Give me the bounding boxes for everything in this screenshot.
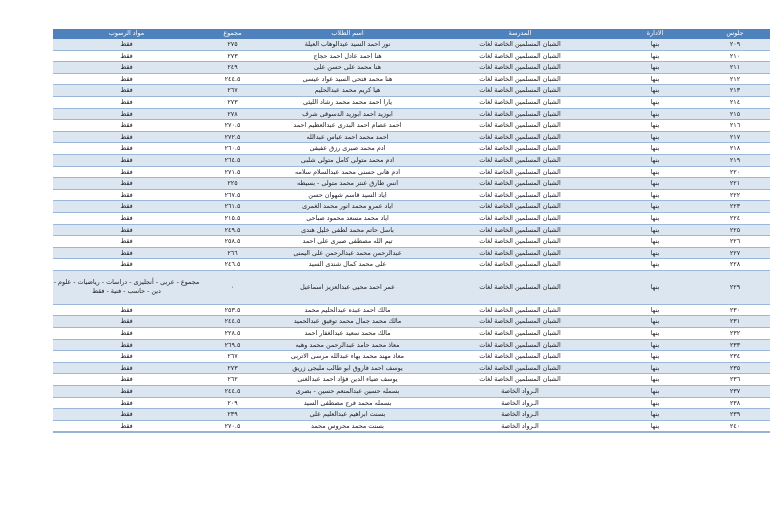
table-row: ٢١٥بنهاالشبان المسلمين الخاصة لغاتابوزيد… — [53, 108, 770, 120]
total-cell: ٢٧٣ — [200, 362, 265, 374]
admin-cell: بنها — [610, 120, 700, 132]
seat-cell: ٢١٥ — [700, 108, 770, 120]
school-cell: الشبان المسلمين الخاصة لغات — [430, 166, 610, 178]
student-name-cell: بسمله محمد فرج مصطفى السيد — [265, 397, 430, 409]
seat-cell: ٢٣٩ — [700, 409, 770, 421]
admin-cell: بنها — [610, 386, 700, 398]
failed-subjects-cell: فقط — [53, 362, 200, 374]
admin-cell: بنها — [610, 374, 700, 386]
total-cell: ٢٦٧ — [200, 85, 265, 97]
table-row: ٢١٣بنهاالشبان المسلمين الخاصة لغاتهيا كر… — [53, 85, 770, 97]
school-cell: الشبان المسلمين الخاصة لغات — [430, 62, 610, 74]
school-cell: الشبان المسلمين الخاصة لغات — [430, 143, 610, 155]
student-name-cell: ادم محمد صبرى رزق عفيفى — [265, 143, 430, 155]
school-cell: الـرواد الخاصة — [430, 409, 610, 421]
school-cell: الـرواد الخاصة — [430, 397, 610, 409]
failed-subjects-cell: فقط — [53, 85, 200, 97]
header-admin: الادارة — [610, 29, 700, 39]
failed-subjects-cell: فقط — [53, 316, 200, 328]
student-name-cell: اياد السيد قاسم شهوان حسن — [265, 189, 430, 201]
total-cell: ٢٤٩ — [200, 62, 265, 74]
total-cell: ٢٧٣ — [200, 96, 265, 108]
table-row: ٢٣٧بنهاالـرواد الخاصةبسمله حسين عبدالمنع… — [53, 386, 770, 398]
total-cell: ٢٧٢.٥ — [200, 131, 265, 143]
table-row: ٢٠٩بنهاالشبان المسلمين الخاصة لغاتنور اح… — [53, 39, 770, 51]
student-name-cell: ادم هانى حسنى محمد عبدالسلام سلامه — [265, 166, 430, 178]
student-name-cell: يوسف احمد فاروق ابو طالب مليجى زريق — [265, 362, 430, 374]
table-row: ٢٢٠بنهاالشبان المسلمين الخاصة لغاتادم ها… — [53, 166, 770, 178]
header-total: مجموع — [200, 29, 265, 39]
seat-cell: ٢١٠ — [700, 50, 770, 62]
table-row: ٢٢٤بنهاالشبان المسلمين الخاصة لغاتاياد م… — [53, 212, 770, 224]
admin-cell: بنها — [610, 236, 700, 248]
school-cell: الشبان المسلمين الخاصة لغات — [430, 178, 610, 190]
seat-cell: ٢٠٩ — [700, 39, 770, 51]
failed-subjects-cell: فقط — [53, 374, 200, 386]
school-cell: الشبان المسلمين الخاصة لغات — [430, 108, 610, 120]
failed-subjects-cell: فقط — [53, 212, 200, 224]
results-sheet: جلوس الادارة المدرسة اسم الطلاب مجموع مو… — [53, 29, 770, 433]
failed-subjects-cell: فقط — [53, 201, 200, 213]
student-name-cell: عبدالرحمن محمد عبدالرحمن على اليمنى — [265, 247, 430, 259]
failed-subjects-cell: فقط — [53, 120, 200, 132]
header-name: اسم الطلاب — [265, 29, 430, 39]
seat-cell: ٢١٧ — [700, 131, 770, 143]
school-cell: الشبان المسلمين الخاصة لغات — [430, 328, 610, 340]
student-name-cell: نور احمد السيد عبدالوهاب العيلة — [265, 39, 430, 51]
total-cell: ٢٦٠.٥ — [200, 143, 265, 155]
school-cell: الشبان المسلمين الخاصة لغات — [430, 131, 610, 143]
seat-cell: ٢٣٨ — [700, 397, 770, 409]
admin-cell: بنها — [610, 247, 700, 259]
admin-cell: بنها — [610, 397, 700, 409]
student-name-cell: بسنت ابراهيم عبدالعليم على — [265, 409, 430, 421]
school-cell: الشبان المسلمين الخاصة لغات — [430, 339, 610, 351]
school-cell: الشبان المسلمين الخاصة لغات — [430, 154, 610, 166]
seat-cell: ٢٤٠ — [700, 420, 770, 432]
seat-cell: ٢١٨ — [700, 143, 770, 155]
table-row: ٢١١بنهاالشبان المسلمين الخاصة لغاتهنا مح… — [53, 62, 770, 74]
school-cell: الشبان المسلمين الخاصة لغات — [430, 362, 610, 374]
failed-subjects-cell: فقط — [53, 236, 200, 248]
table-row: ٢٤٠بنهاالـرواد الخاصةبسنت محمد محروس محم… — [53, 420, 770, 432]
admin-cell: بنها — [610, 201, 700, 213]
student-name-cell: مالك احمد عبده عبدالحليم محمد — [265, 304, 430, 316]
table-row: ٢٣٢بنهاالشبان المسلمين الخاصة لغاتمالك م… — [53, 328, 770, 340]
failed-subjects-cell: مجموع - عربى - أنجليزى - دراسات - رياضيا… — [53, 270, 200, 304]
student-name-cell: احمد عصام احمد البدرى عبدالعظيم احمد — [265, 120, 430, 132]
failed-subjects-cell: فقط — [53, 143, 200, 155]
admin-cell: بنها — [610, 178, 700, 190]
seat-cell: ٢٣٠ — [700, 304, 770, 316]
failed-subjects-cell: فقط — [53, 189, 200, 201]
table-row: ٢٢١بنهاالشبان المسلمين الخاصة لغاتانس طا… — [53, 178, 770, 190]
failed-subjects-cell: فقط — [53, 386, 200, 398]
table-row: ٢٢٩بنهاالشبان المسلمين الخاصة لغاتعمر اح… — [53, 270, 770, 304]
seat-cell: ٢١٣ — [700, 85, 770, 97]
seat-cell: ٢٣١ — [700, 316, 770, 328]
table-row: ٢٣٤بنهاالشبان المسلمين الخاصة لغاتمعاذ م… — [53, 351, 770, 363]
school-cell: الشبان المسلمين الخاصة لغات — [430, 304, 610, 316]
total-cell: ٢٤٩.٥ — [200, 224, 265, 236]
school-cell: الـرواد الخاصة — [430, 386, 610, 398]
failed-subjects-cell: فقط — [53, 409, 200, 421]
admin-cell: بنها — [610, 339, 700, 351]
seat-cell: ٢٢٥ — [700, 224, 770, 236]
table-row: ٢٣٣بنهاالشبان المسلمين الخاصة لغاتمعاذ م… — [53, 339, 770, 351]
admin-cell: بنها — [610, 50, 700, 62]
table-row: ٢٢٧بنهاالشبان المسلمين الخاصة لغاتعبدالر… — [53, 247, 770, 259]
student-name-cell: معاذ محمد حامد عبدالرحمن محمد وهبه — [265, 339, 430, 351]
failed-subjects-cell: فقط — [53, 397, 200, 409]
failed-subjects-cell: فقط — [53, 108, 200, 120]
failed-subjects-cell: فقط — [53, 154, 200, 166]
seat-cell: ٢٢١ — [700, 178, 770, 190]
total-cell: ٢٢٨.٥ — [200, 328, 265, 340]
total-cell: ٢٧٣ — [200, 50, 265, 62]
table-body: ٢٠٩بنهاالشبان المسلمين الخاصة لغاتنور اح… — [53, 39, 770, 433]
admin-cell: بنها — [610, 224, 700, 236]
total-cell: ٢٣٩ — [200, 409, 265, 421]
table-row: ٢٣٥بنهاالشبان المسلمين الخاصة لغاتيوسف ا… — [53, 362, 770, 374]
table-row: ٢١٨بنهاالشبان المسلمين الخاصة لغاتادم مح… — [53, 143, 770, 155]
total-cell: ٢٤٦.٥ — [200, 259, 265, 271]
admin-cell: بنها — [610, 409, 700, 421]
admin-cell: بنها — [610, 316, 700, 328]
total-cell: ٢٦١.٥ — [200, 201, 265, 213]
seat-cell: ٢٢٢ — [700, 189, 770, 201]
student-name-cell: يارا احمد محمد محمد رشاد الليثى — [265, 96, 430, 108]
total-cell: ٢٤٤.٥ — [200, 316, 265, 328]
failed-subjects-cell: فقط — [53, 96, 200, 108]
table-row: ٢١٤بنهاالشبان المسلمين الخاصة لغاتيارا ا… — [53, 96, 770, 108]
total-cell: ٢٤٤.٥ — [200, 386, 265, 398]
table-row: ٢٣٠بنهاالشبان المسلمين الخاصة لغاتمالك ا… — [53, 304, 770, 316]
seat-cell: ٢٢٤ — [700, 212, 770, 224]
total-cell: ٢٧٠.٥ — [200, 120, 265, 132]
seat-cell: ٢٣٢ — [700, 328, 770, 340]
results-table: جلوس الادارة المدرسة اسم الطلاب مجموع مو… — [53, 29, 770, 433]
total-cell: ٢٠٩ — [200, 397, 265, 409]
total-cell: ٢٦٩.٥ — [200, 339, 265, 351]
school-cell: الشبان المسلمين الخاصة لغات — [430, 236, 610, 248]
table-row: ٢٣٨بنهاالـرواد الخاصةبسمله محمد فرج مصطف… — [53, 397, 770, 409]
total-cell: ٢٦٤.٥ — [200, 154, 265, 166]
school-cell: الـرواد الخاصة — [430, 420, 610, 432]
admin-cell: بنها — [610, 351, 700, 363]
seat-cell: ٢١٦ — [700, 120, 770, 132]
admin-cell: بنها — [610, 85, 700, 97]
total-cell: ٢٦٧.٥ — [200, 189, 265, 201]
student-name-cell: باسل حاتم محمد لطفى خليل هندى — [265, 224, 430, 236]
total-cell: ٢٥٨.٥ — [200, 236, 265, 248]
table-row: ٢٣٦بنهاالشبان المسلمين الخاصة لغاتيوسف ض… — [53, 374, 770, 386]
student-name-cell: هيا كريم محمد عبدالحليم — [265, 85, 430, 97]
seat-cell: ٢٢٠ — [700, 166, 770, 178]
header-failed-subjects: مواد الرسوب — [53, 29, 200, 39]
admin-cell: بنها — [610, 420, 700, 432]
student-name-cell: يوسف ضياء الدين فؤاد احمد عبدالغنى — [265, 374, 430, 386]
seat-cell: ٢٢٧ — [700, 247, 770, 259]
school-cell: الشبان المسلمين الخاصة لغات — [430, 85, 610, 97]
student-name-cell: اياد محمد مسعد محمود صباحى — [265, 212, 430, 224]
failed-subjects-cell: فقط — [53, 39, 200, 51]
admin-cell: بنها — [610, 143, 700, 155]
table-row: ٢٢٢بنهاالشبان المسلمين الخاصة لغاتاياد ا… — [53, 189, 770, 201]
total-cell: ٢٧٥ — [200, 39, 265, 51]
seat-cell: ٢٢٩ — [700, 270, 770, 304]
table-header-row: جلوس الادارة المدرسة اسم الطلاب مجموع مو… — [53, 29, 770, 39]
school-cell: الشبان المسلمين الخاصة لغات — [430, 39, 610, 51]
seat-cell: ٢٢٨ — [700, 259, 770, 271]
total-cell: ٢٤٤.٥ — [200, 73, 265, 85]
student-name-cell: تيم الله مصطفى صبرى على احمد — [265, 236, 430, 248]
student-name-cell: ادم محمد متولى كامل متولى شلبى — [265, 154, 430, 166]
admin-cell: بنها — [610, 189, 700, 201]
total-cell: ٢٦٢ — [200, 374, 265, 386]
school-cell: الشبان المسلمين الخاصة لغات — [430, 96, 610, 108]
student-name-cell: معاذ مهند محمد بهاء عبدالله مرسى الاتربى — [265, 351, 430, 363]
seat-cell: ٢٢٣ — [700, 201, 770, 213]
failed-subjects-cell: فقط — [53, 259, 200, 271]
failed-subjects-cell: فقط — [53, 166, 200, 178]
table-row: ٢٣٩بنهاالـرواد الخاصةبسنت ابراهيم عبدالع… — [53, 409, 770, 421]
admin-cell: بنها — [610, 131, 700, 143]
student-name-cell: انس طارق عنتر محمد متولى - بسيطه — [265, 178, 430, 190]
student-name-cell: بسمله حسين عبدالمنعم حسين - بصرى — [265, 386, 430, 398]
failed-subjects-cell: فقط — [53, 50, 200, 62]
school-cell: الشبان المسلمين الخاصة لغات — [430, 351, 610, 363]
failed-subjects-cell: فقط — [53, 224, 200, 236]
total-cell: ٢٦٦ — [200, 247, 265, 259]
school-cell: الشبان المسلمين الخاصة لغات — [430, 201, 610, 213]
student-name-cell: مالك محمد سعيد عبدالغفار احمد — [265, 328, 430, 340]
table-row: ٢٢٥بنهاالشبان المسلمين الخاصة لغاتباسل ح… — [53, 224, 770, 236]
table-row: ٢١٧بنهاالشبان المسلمين الخاصة لغاتاحمد م… — [53, 131, 770, 143]
admin-cell: بنها — [610, 259, 700, 271]
school-cell: الشبان المسلمين الخاصة لغات — [430, 316, 610, 328]
student-name-cell: عمر احمد محيى عبدالعزيز اسماعيل — [265, 270, 430, 304]
failed-subjects-cell: فقط — [53, 351, 200, 363]
admin-cell: بنها — [610, 73, 700, 85]
admin-cell: بنها — [610, 270, 700, 304]
school-cell: الشبان المسلمين الخاصة لغات — [430, 120, 610, 132]
student-name-cell: بسنت محمد محروس محمد — [265, 420, 430, 432]
table-row: ٢٢٦بنهاالشبان المسلمين الخاصة لغاتتيم ال… — [53, 236, 770, 248]
total-cell: ٢١٥.٥ — [200, 212, 265, 224]
student-name-cell: على محمد كمال شندى السيد — [265, 259, 430, 271]
failed-subjects-cell: فقط — [53, 178, 200, 190]
student-name-cell: هنا احمد عادل احمد حجاج — [265, 50, 430, 62]
student-name-cell: هنا محمد فتحى السيد عواد عيسى — [265, 73, 430, 85]
table-row: ٢١٩بنهاالشبان المسلمين الخاصة لغاتادم مح… — [53, 154, 770, 166]
failed-subjects-cell: فقط — [53, 420, 200, 432]
header-school: المدرسة — [430, 29, 610, 39]
student-name-cell: مالك محمد جمال محمد توفيق عبدالحميد — [265, 316, 430, 328]
header-seat: جلوس — [700, 29, 770, 39]
school-cell: الشبان المسلمين الخاصة لغات — [430, 189, 610, 201]
student-name-cell: هنا محمد على حسن على — [265, 62, 430, 74]
admin-cell: بنها — [610, 304, 700, 316]
school-cell: الشبان المسلمين الخاصة لغات — [430, 247, 610, 259]
school-cell: الشبان المسلمين الخاصة لغات — [430, 374, 610, 386]
total-cell: ٢٧٨ — [200, 108, 265, 120]
failed-subjects-cell: فقط — [53, 339, 200, 351]
admin-cell: بنها — [610, 62, 700, 74]
admin-cell: بنها — [610, 166, 700, 178]
admin-cell: بنها — [610, 362, 700, 374]
failed-subjects-cell: فقط — [53, 247, 200, 259]
school-cell: الشبان المسلمين الخاصة لغات — [430, 50, 610, 62]
failed-subjects-cell: فقط — [53, 328, 200, 340]
admin-cell: بنها — [610, 328, 700, 340]
seat-cell: ٢٣٥ — [700, 362, 770, 374]
seat-cell: ٢١٩ — [700, 154, 770, 166]
school-cell: الشبان المسلمين الخاصة لغات — [430, 224, 610, 236]
school-cell: الشبان المسلمين الخاصة لغات — [430, 259, 610, 271]
admin-cell: بنها — [610, 108, 700, 120]
table-row: ٢١٠بنهاالشبان المسلمين الخاصة لغاتهنا اح… — [53, 50, 770, 62]
admin-cell: بنها — [610, 96, 700, 108]
seat-cell: ٢١١ — [700, 62, 770, 74]
seat-cell: ٢٣٤ — [700, 351, 770, 363]
admin-cell: بنها — [610, 39, 700, 51]
seat-cell: ٢٣٦ — [700, 374, 770, 386]
table-row: ٢٢٨بنهاالشبان المسلمين الخاصة لغاتعلى مح… — [53, 259, 770, 271]
total-cell: ٢٢٥ — [200, 178, 265, 190]
failed-subjects-cell: فقط — [53, 304, 200, 316]
seat-cell: ٢١٢ — [700, 73, 770, 85]
student-name-cell: اياد عمرو محمد انور محمد الغمرى — [265, 201, 430, 213]
school-cell: الشبان المسلمين الخاصة لغات — [430, 270, 610, 304]
seat-cell: ٢٣٣ — [700, 339, 770, 351]
student-name-cell: احمد محمد احمد عباس عبدالله — [265, 131, 430, 143]
student-name-cell: ابوزيد احمد ابوزيد الدسوقى شرف — [265, 108, 430, 120]
total-cell: ٢٧١.٥ — [200, 166, 265, 178]
table-row: ٢٣١بنهاالشبان المسلمين الخاصة لغاتمالك م… — [53, 316, 770, 328]
failed-subjects-cell: فقط — [53, 73, 200, 85]
seat-cell: ٢١٤ — [700, 96, 770, 108]
total-cell: ٢٦٧ — [200, 351, 265, 363]
table-row: ٢٢٣بنهاالشبان المسلمين الخاصة لغاتاياد ع… — [53, 201, 770, 213]
admin-cell: بنها — [610, 154, 700, 166]
admin-cell: بنها — [610, 212, 700, 224]
seat-cell: ٢٣٧ — [700, 386, 770, 398]
total-cell: ٠ — [200, 270, 265, 304]
total-cell: ٢٥٣.٥ — [200, 304, 265, 316]
table-row: ٢١٢بنهاالشبان المسلمين الخاصة لغاتهنا مح… — [53, 73, 770, 85]
failed-subjects-cell: فقط — [53, 62, 200, 74]
school-cell: الشبان المسلمين الخاصة لغات — [430, 73, 610, 85]
failed-subjects-cell: فقط — [53, 131, 200, 143]
school-cell: الشبان المسلمين الخاصة لغات — [430, 212, 610, 224]
table-row: ٢١٦بنهاالشبان المسلمين الخاصة لغاتاحمد ع… — [53, 120, 770, 132]
total-cell: ٢٧٠.٥ — [200, 420, 265, 432]
seat-cell: ٢٢٦ — [700, 236, 770, 248]
